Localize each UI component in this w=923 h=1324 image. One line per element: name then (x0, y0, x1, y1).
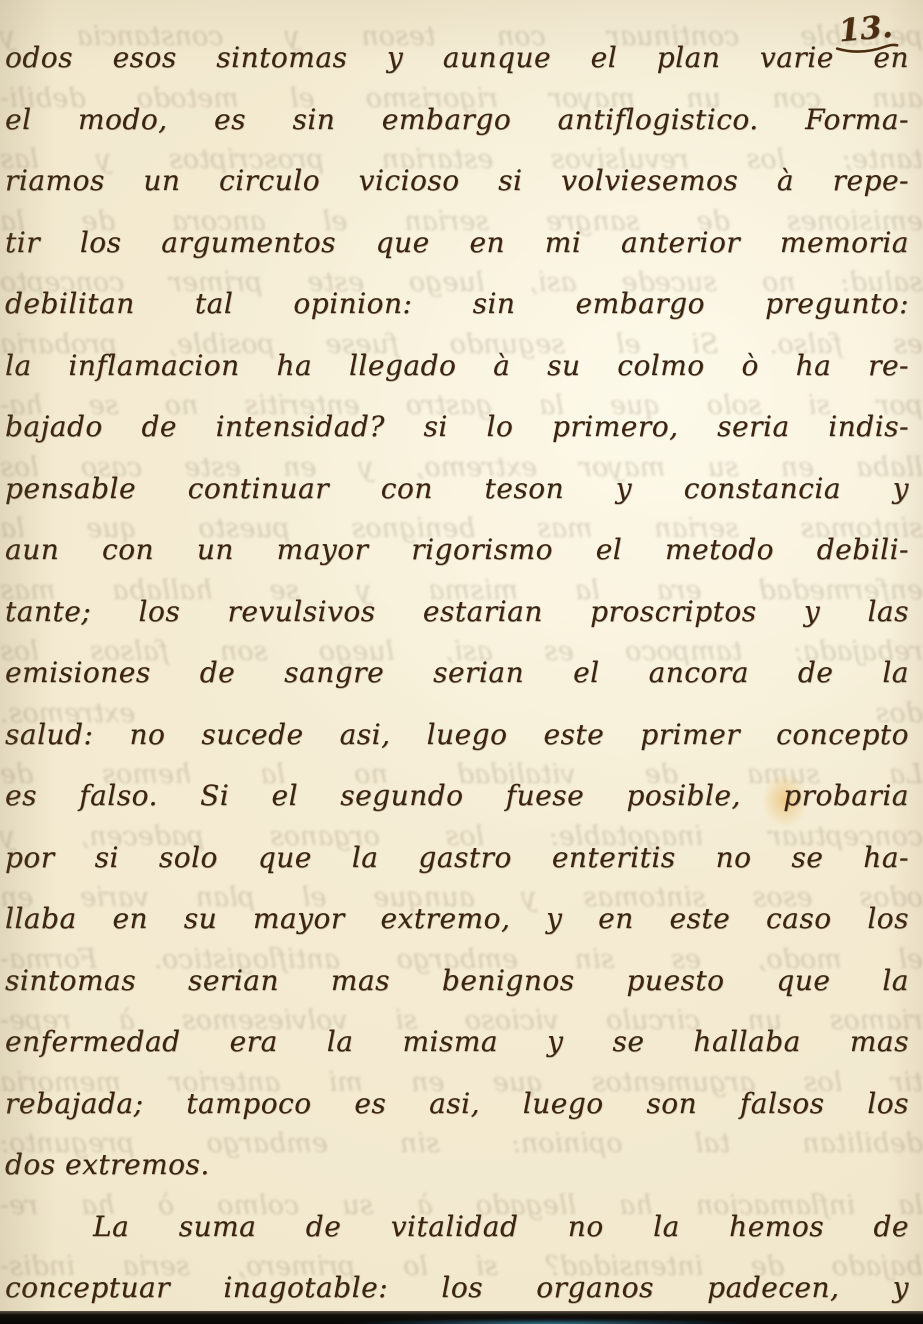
scan-bottom-edge (0, 1311, 923, 1324)
manuscript-line: salud: no sucede asi, luego este primer … (5, 704, 909, 766)
manuscript-line: conceptuar inagotable: los organos padec… (5, 1257, 909, 1319)
page-number: 13. (831, 9, 901, 59)
manuscript-line: La suma de vitalidad no la hemos de (5, 1196, 909, 1258)
manuscript-line: aun con un mayor rigorismo el metodo deb… (5, 519, 909, 581)
manuscript-line: rebajada; tampoco es asi, luego son fals… (5, 1073, 909, 1135)
manuscript-line: tante; los revulsivos estarian proscript… (5, 581, 909, 643)
manuscript-page: pensable continuar con teson y constanci… (0, 0, 923, 1324)
manuscript-line: enfermedad era la misma y se hallaba mas (5, 1011, 909, 1073)
manuscript-line: por si solo que la gastro enteritis no s… (5, 827, 909, 889)
manuscript-line: emisiones de sangre serian el ancora de … (5, 642, 909, 704)
manuscript-line: dos extremos. (5, 1134, 909, 1196)
manuscript-line: sintomas serian mas benignos puesto que … (5, 950, 909, 1012)
manuscript-line: es falso. Si el segundo fuese posible, p… (5, 765, 909, 827)
page-number-value: 13. (831, 9, 900, 49)
manuscript-line: riamos un circulo vicioso si volviesemos… (5, 150, 909, 212)
manuscript-line: debilitan tal opinion: sin embargo pregu… (5, 273, 909, 335)
manuscript-line: llaba en su mayor extremo, y en este cas… (5, 888, 909, 950)
manuscript-text: odos esos sintomas y aunque el plan vari… (0, 0, 923, 1319)
manuscript-line: tir los argumentos que en mi anterior me… (5, 212, 909, 274)
manuscript-line: bajado de intensidad? si lo primero, ser… (5, 396, 909, 458)
manuscript-line: pensable continuar con teson y constanci… (5, 458, 909, 520)
manuscript-line: el modo, es sin embargo antiflogistico. … (5, 89, 909, 151)
manuscript-line: la inflamacion ha llegado à su colmo ò h… (5, 335, 909, 397)
manuscript-line: odos esos sintomas y aunque el plan vari… (5, 27, 909, 89)
scan-edge-glint (342, 1318, 757, 1324)
